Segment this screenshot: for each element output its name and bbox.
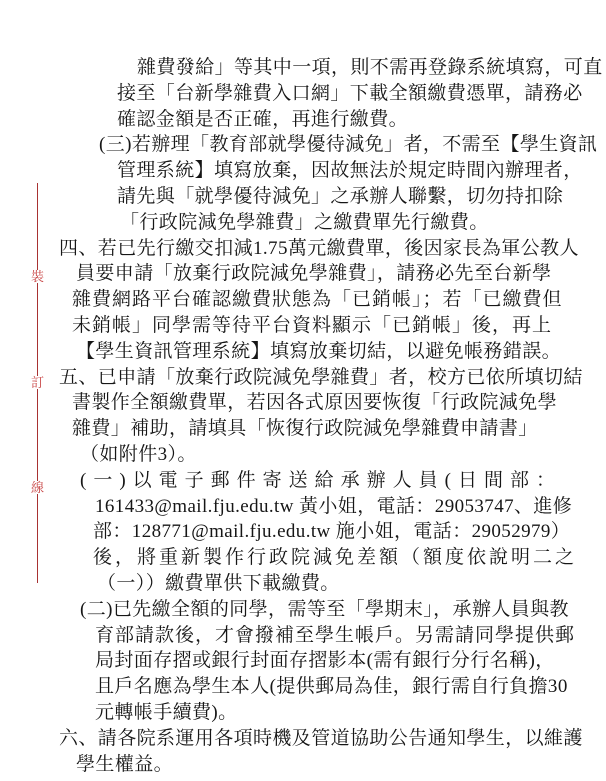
text-line: 未銷帳」同學需等待平台資料顯示「已銷帳」後，再上 [72,313,606,339]
text-line: 請先與「就學優待減免」之承辦人聯繫，切勿持扣除 [117,184,606,210]
text-line: 雜費」補助，請填具「恢復行政院減免學雜費申請書」 [72,416,606,442]
text-line-item-5-2: (二)已先繳全額的同學，需等至「學期末」，承辦人員與教 [80,597,606,623]
text-line: 接至「台新學雜費入口網」下載全額繳費憑單，請務必 [117,81,606,107]
text-line: 確認金額是否正確，再進行繳費。 [117,107,606,133]
text-line-item-3: (三)若辦理「教育部就學優待減免」者，不需至【學生資訊 [99,132,606,158]
text-line: 雜費發給」等其中一項，則不需再登錄系統填寫，可直 [137,55,606,81]
text-line: 【學生資訊管理系統】填寫放棄切結，以避免帳務錯誤。 [76,339,606,365]
text-line-item-4: 四、若已先行繳交扣減1.75萬元繳費單，後因家長為軍公教人 [59,236,606,262]
text-line-item-5-1: (一)以電子郵件寄送給承辦人員(日間部： [80,468,606,494]
document-body: 雜費發給」等其中一項，則不需再登錄系統填寫，可直 接至「台新學雜費入口網」下載全… [0,55,606,777]
document-page: 裝 訂 線 雜費發給」等其中一項，則不需再登錄系統填寫，可直 接至「台新學雜費入… [0,0,606,781]
text-line: （一））繳費單供下載繳費。 [97,571,606,597]
text-line-item-5: 五、已申請「放棄行政院減免學雜費」者，校方已依所填切結 [59,365,606,391]
text-line: 書製作全額繳費單，若因各式原因要恢復「行政院減免學 [72,390,606,416]
text-line: 且戶名應為學生本人(提供郵局為佳，銀行需自行負擔30 [95,674,606,700]
text-line: 育部請款後，才會撥補至學生帳戶。另需請同學提供郵 [95,623,606,649]
text-line: 管理系統】填寫放棄，因故無法於規定時間內辦理者， [117,158,606,184]
text-line: 員要申請「放棄行政院減免學雜費」，請務必先至台新學 [76,261,606,287]
text-line-item-6: 六、請各院系運用各項時機及管道協助公告通知學生，以維護 [59,726,606,752]
text-line-email-night: 部：128771@mail.fju.edu.tw 施小姐，電話：29052979… [93,519,606,545]
text-line-email-day: 161433@mail.fju.edu.tw 黃小姐，電話：29053747、進… [95,494,606,520]
text-line: 「行政院減免學雜費」之繳費單先行繳費。 [120,210,606,236]
text-line: （如附件3）。 [80,442,606,468]
text-line: 後，將重新製作行政院減免差額（額度依說明二之 [93,545,606,571]
text-line: 局封面存摺或銀行封面存摺影本(需有銀行分行名稱)， [95,648,606,674]
text-line: 學生權益。 [76,752,606,778]
text-line: 元轉帳手續費)。 [95,700,606,726]
text-line: 雜費網路平台確認繳費狀態為「已銷帳」；若「已繳費但 [72,287,606,313]
